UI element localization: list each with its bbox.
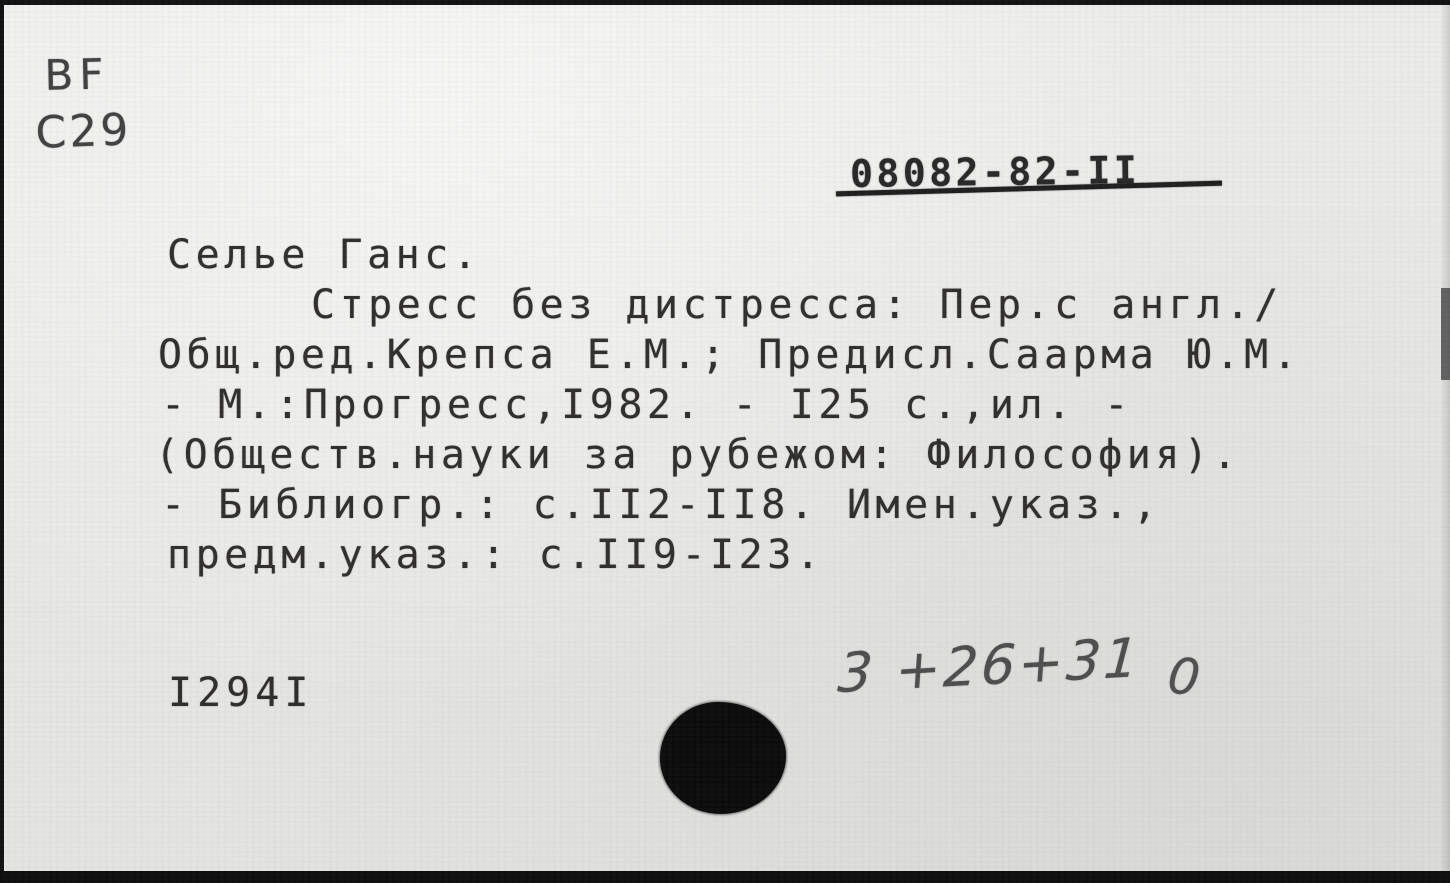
scan-edge-mark xyxy=(1441,288,1450,380)
cancelled-accession-number: 08082-82-II xyxy=(850,150,1140,194)
scan-border-left xyxy=(0,0,4,883)
scan-border-top xyxy=(0,0,1450,5)
accession-number: I294I xyxy=(168,670,313,716)
entry-line-bibliography: - Библиогр.: с.II2-II8. Имен.указ., xyxy=(161,480,1301,530)
catalog-entry: Селье Ганс. Стресс без дистресса: Пер.с … xyxy=(155,230,1301,580)
entry-line-title: Стресс без дистресса: Пер.с англ./ xyxy=(311,280,1301,330)
entry-line-author: Селье Ганс. xyxy=(167,230,1301,280)
scan-border-bottom xyxy=(0,871,1450,883)
call-number: BF C29 xyxy=(44,49,132,158)
call-number-class-code: C29 xyxy=(35,104,133,159)
entry-line-series: (Обществ.науки за рубежом: Философия). xyxy=(155,430,1301,480)
entry-line-editors: Общ.ред.Крепса Е.М.; Предисл.Саарма Ю.М. xyxy=(158,330,1301,380)
call-number-class-letters: BF xyxy=(44,49,131,100)
catalog-card-scan: BF C29 08082-82-II Селье Ганс. Стресс бе… xyxy=(0,0,1450,883)
handwritten-zero: 0 xyxy=(1165,646,1204,707)
handwritten-sum-note: 3 +26+31 xyxy=(836,626,1143,705)
hole-punch-dot xyxy=(660,702,786,814)
scan-edge-shadow-right xyxy=(1440,0,1450,883)
entry-line-indexes: предм.указ.: с.II9-I23. xyxy=(167,530,1301,580)
entry-line-imprint: - М.:Прогресс,I982. - I25 с.,ил. - xyxy=(161,380,1301,430)
